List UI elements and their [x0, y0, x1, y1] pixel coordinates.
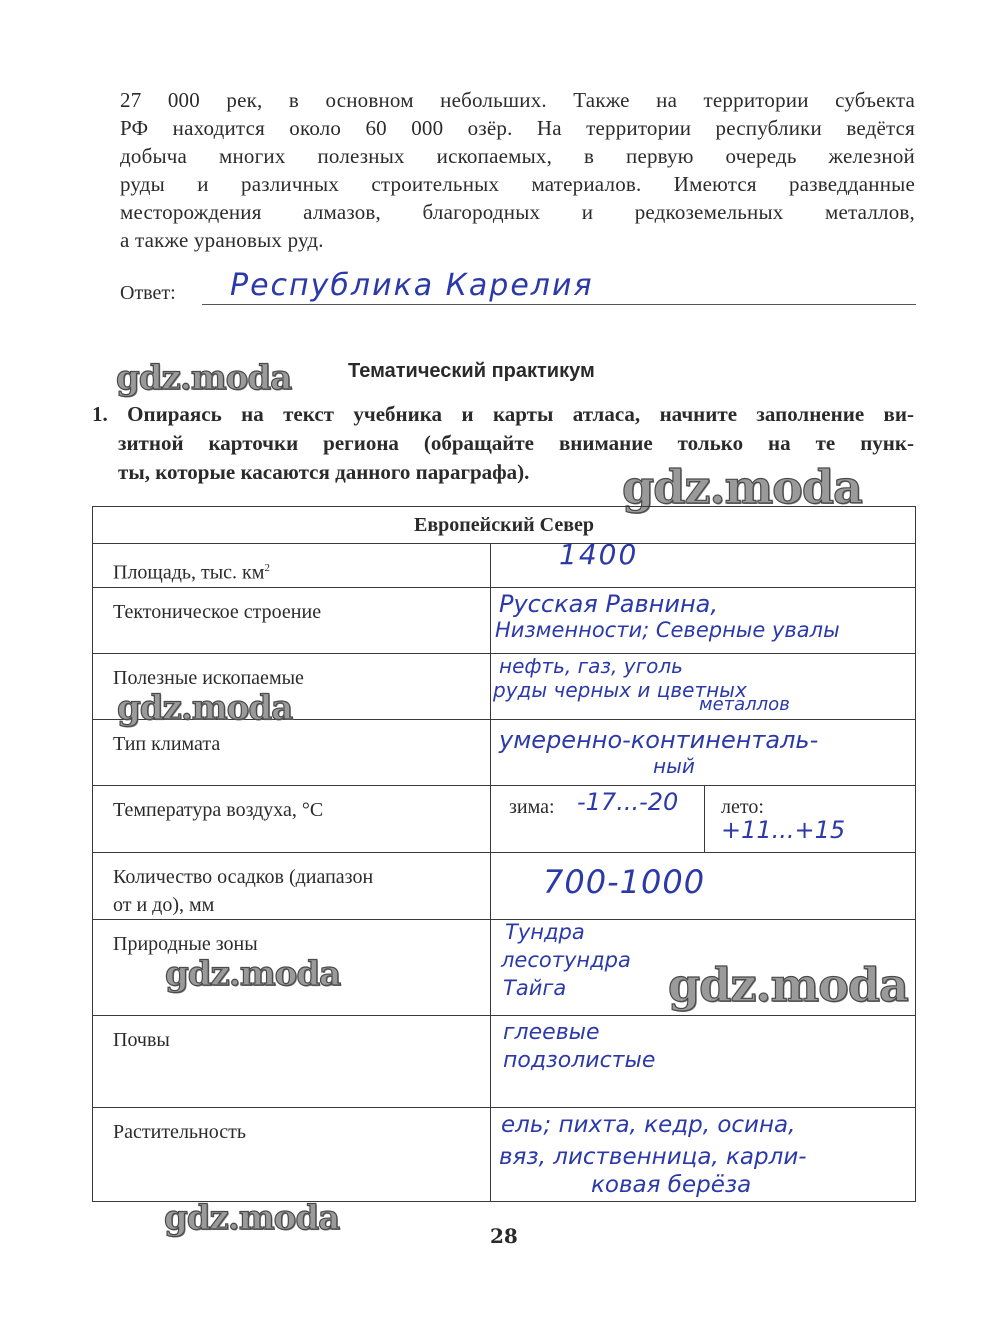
table-row: Почвы глеевые подзолистые	[93, 1015, 916, 1107]
row-label: Полезные ископаемые gdz.moda	[93, 653, 491, 719]
table-row: Количество осадков (диапазонот и до), мм…	[93, 852, 916, 919]
answer-value: Республика Карелия	[230, 268, 594, 303]
winter-value: -17...-20	[577, 788, 678, 816]
paragraph-line: руды и различных строительных материалов…	[120, 170, 915, 198]
watermark: gdz.moda	[668, 958, 908, 1012]
paragraph-line: добыча многих полезных ископаемых, в пер…	[120, 142, 915, 170]
winter-label: зима:	[509, 796, 555, 819]
page-number: 28	[490, 1224, 518, 1248]
watermark: gdz.moda	[117, 688, 292, 728]
region-card-table: Европейский Север Площадь, тыс. км2 1400…	[92, 506, 916, 1202]
answer-line[interactable]	[202, 304, 916, 305]
row-label: Природные зоны gdz.moda	[93, 919, 491, 1015]
area-value: 1400	[559, 538, 638, 571]
paragraph-line: месторождения алмазов, благородных и ред…	[120, 198, 915, 226]
watermark: gdz.moda	[165, 954, 340, 994]
row-value-minerals[interactable]: нефть, газ, уголь руды черных и цветных …	[491, 653, 916, 719]
watermark: gdz.moda	[164, 1198, 339, 1238]
row-value-temperature: зима: -17...-20 лето: +11...+15	[491, 785, 916, 852]
section-title: Тематический практикум	[348, 360, 595, 383]
row-label: Тип климата	[93, 719, 491, 785]
table-row: Тип климата умеренно-континенталь- ный	[93, 719, 916, 785]
task-line: зитной карточки региона (обращайте внима…	[92, 429, 914, 458]
answer-row: Ответ: Республика Карелия	[120, 272, 916, 306]
paragraph-line: а также урановых руд.	[120, 226, 915, 254]
row-label: Почвы	[93, 1015, 491, 1107]
table-row: Площадь, тыс. км2 1400	[93, 544, 916, 588]
summer-temperature-cell[interactable]: лето: +11...+15	[705, 786, 915, 852]
row-value-vegetation[interactable]: ель; пихта, кедр, осина, вяз, лиственниц…	[491, 1107, 916, 1201]
row-value-precipitation[interactable]: 700-1000	[491, 852, 916, 919]
task-line: 1. Опираясь на текст учебника и карты ат…	[92, 400, 914, 429]
row-value-climate[interactable]: умеренно-континенталь- ный	[491, 719, 916, 785]
watermark: gdz.moda	[116, 358, 291, 398]
row-label: Площадь, тыс. км2	[93, 544, 491, 588]
summer-value: +11...+15	[721, 816, 845, 844]
row-label: Растительность	[93, 1107, 491, 1201]
answer-label: Ответ:	[120, 282, 176, 305]
row-label: Количество осадков (диапазонот и до), мм	[93, 852, 491, 919]
row-label: Температура воздуха, °С	[93, 785, 491, 852]
table-row: Полезные ископаемые gdz.moda нефть, газ,…	[93, 653, 916, 719]
winter-temperature-cell[interactable]: зима: -17...-20	[491, 786, 705, 852]
paragraph-line: 27 000 рек, в основном небольших. Также …	[120, 86, 915, 114]
card-header: Европейский Север	[93, 507, 916, 544]
table-row: Температура воздуха, °С зима: -17...-20 …	[93, 785, 916, 852]
table-row: Тектоническое строение Русская Равнина, …	[93, 587, 916, 653]
row-value-tectonics[interactable]: Русская Равнина, Низменности; Северные у…	[491, 587, 916, 653]
paragraph-line: РФ находится около 60 000 озёр. На терри…	[120, 114, 915, 142]
row-label: Тектоническое строение	[93, 587, 491, 653]
row-value-area[interactable]: 1400	[491, 544, 916, 588]
row-value-soils[interactable]: глеевые подзолистые	[491, 1015, 916, 1107]
intro-paragraph: 27 000 рек, в основном небольших. Также …	[120, 86, 915, 254]
table-row: Растительность ель; пихта, кедр, осина, …	[93, 1107, 916, 1201]
